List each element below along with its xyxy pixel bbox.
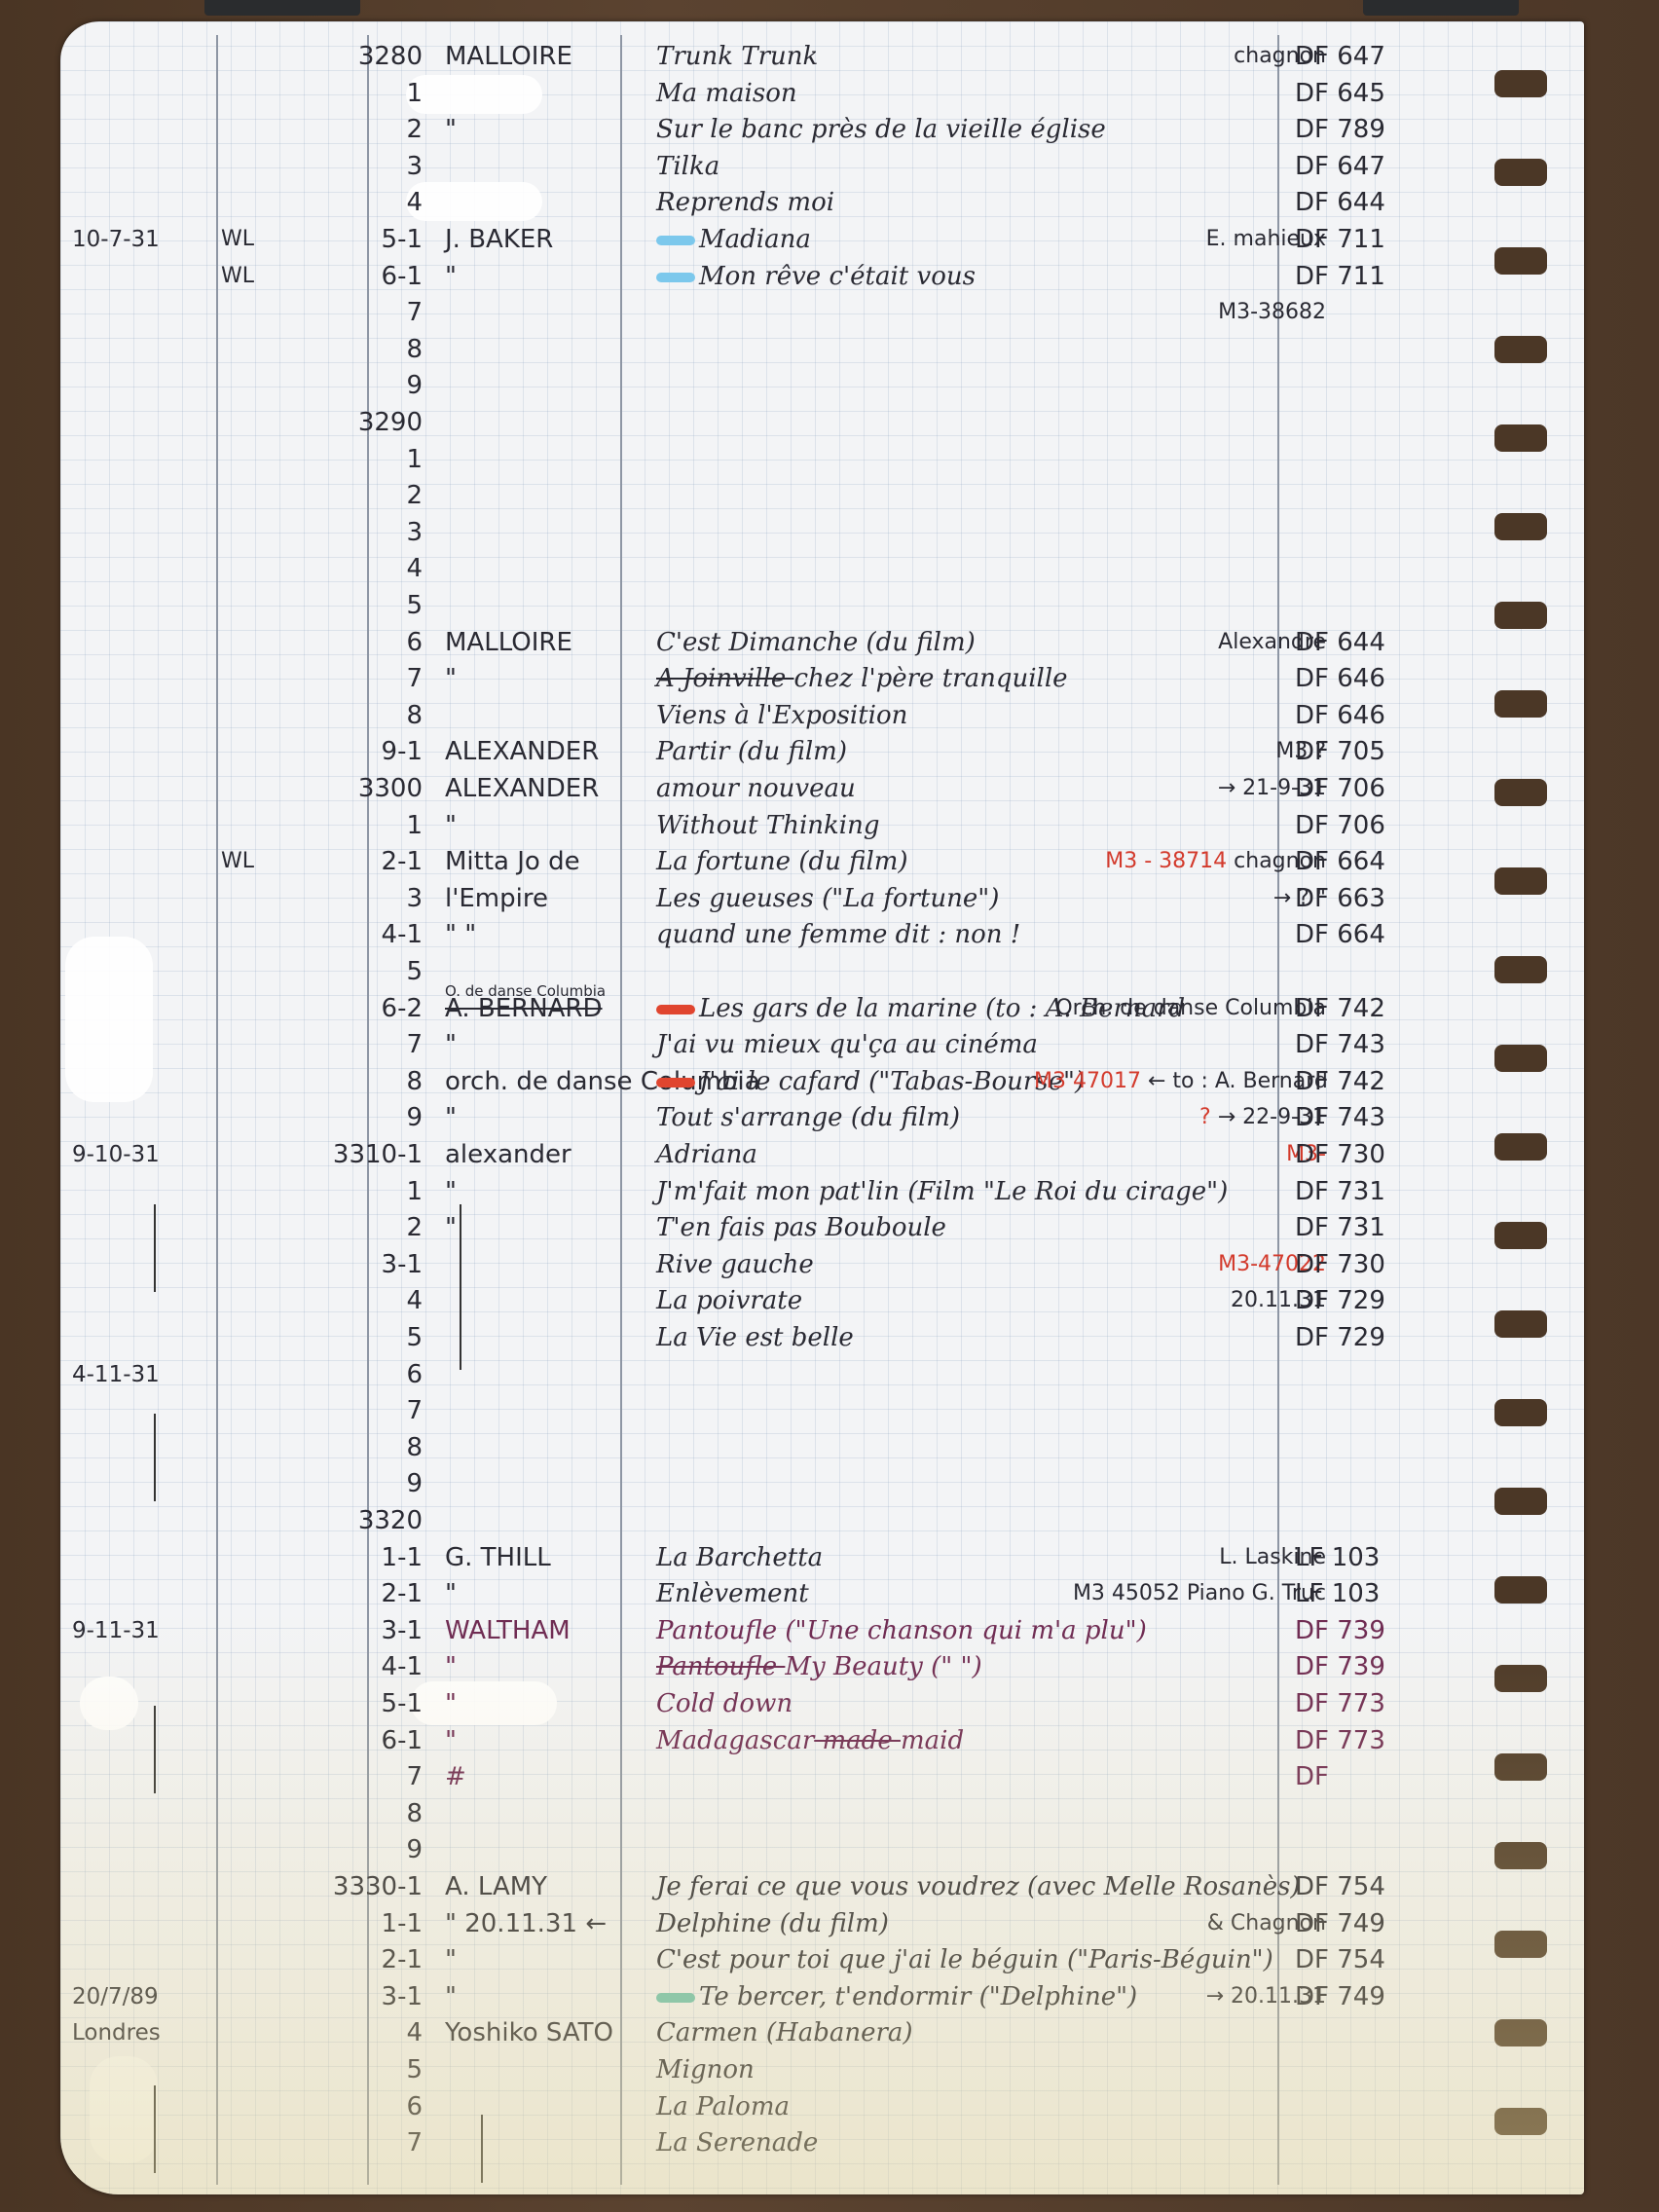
matrix-number-cell: 2-1 xyxy=(236,844,423,879)
matrix-number-cell: 3310-1 xyxy=(236,1137,423,1172)
matrix-number-cell: 8 xyxy=(236,1430,423,1465)
matrix-number-cell: 9 xyxy=(236,1832,423,1867)
title-cell: Viens à l'Exposition xyxy=(656,698,1270,733)
ledger-row: 8 xyxy=(60,1796,1584,1831)
matrix-number-cell: 6-1 xyxy=(236,1723,423,1758)
catalog-number-cell: DF 711 xyxy=(1295,222,1490,257)
ledger-row: 1 " Without Thinking DF 706 xyxy=(60,808,1584,843)
ledger-row: Londres 4 Yoshiko SATO Carmen (Habanera) xyxy=(60,2015,1584,2050)
note-cell: chagnon xyxy=(1034,39,1326,74)
note-cell: E. mahieux xyxy=(1034,222,1326,257)
note-cell: → 20.11.31 xyxy=(1034,1979,1326,2014)
ledger-row: 7 M3-38682 xyxy=(60,295,1584,330)
note-cell: M3-47022 xyxy=(1034,1247,1326,1282)
title-cell: La Paloma xyxy=(656,2089,1270,2124)
binding-hole xyxy=(1494,1753,1547,1781)
ledger-row: 2 " Sur le banc près de la vieille églis… xyxy=(60,112,1584,147)
catalog-number-cell: DF 749 xyxy=(1295,1906,1490,1941)
catalog-number-cell: DF 663 xyxy=(1295,881,1490,916)
title-cell: Ma maison xyxy=(656,76,1270,111)
title-cell: J'm'fait mon pat'lin (Film "Le Roi du ci… xyxy=(656,1174,1270,1209)
binding-hole xyxy=(1494,1310,1547,1338)
matrix-number-cell: 2 xyxy=(236,478,423,513)
binding-hole xyxy=(1494,1842,1547,1869)
catalog-number-cell: DF 730 xyxy=(1295,1247,1490,1282)
matrix-number-cell: 4 xyxy=(236,1283,423,1318)
matrix-number-cell: 8 xyxy=(236,698,423,733)
ledger-row: 8 xyxy=(60,1430,1584,1465)
matrix-number-cell: 9 xyxy=(236,1466,423,1501)
ledger-row: 6-1 " Madagascar made maid DF 773 xyxy=(60,1723,1584,1758)
note-cell: M3-38682 xyxy=(1034,295,1326,330)
matrix-number-cell: 2 xyxy=(236,112,423,147)
matrix-number-cell: 6 xyxy=(236,625,423,660)
matrix-number-cell: 3 xyxy=(236,881,423,916)
note-cell: → 21-9-31 xyxy=(1034,771,1326,806)
title-cell: Je ferai ce que vous voudrez (avec Melle… xyxy=(656,1869,1270,1904)
blue-highlight-marker xyxy=(656,273,695,282)
binding-hole xyxy=(1494,1222,1547,1249)
ledger-row: 2-1 " C'est pour toi que j'ai le béguin … xyxy=(60,1942,1584,1977)
catalog-number-cell: DF 749 xyxy=(1295,1979,1490,2014)
note-cell: 20.11.31 xyxy=(1034,1283,1326,1318)
matrix-number-cell: 5 xyxy=(236,954,423,989)
ledger-row: 2-1 " Enlèvement M3 45052 Piano G. Truc … xyxy=(60,1576,1584,1611)
matrix-number-cell: 4 xyxy=(236,2015,423,2050)
binding-hole xyxy=(1494,956,1547,983)
matrix-number-cell: 1 xyxy=(236,1174,423,1209)
binding-hole xyxy=(1494,602,1547,629)
matrix-number-cell: 1-1 xyxy=(236,1540,423,1575)
ledger-page: 3280 MALLOIRE Trunk Trunk chagnon DF 647… xyxy=(60,21,1584,2194)
catalog-number-cell: DF 664 xyxy=(1295,844,1490,879)
catalog-number-cell: DF 729 xyxy=(1295,1283,1490,1318)
binding-hole xyxy=(1494,690,1547,718)
matrix-number-cell: 1 xyxy=(236,76,423,111)
ledger-row: 8 xyxy=(60,332,1584,367)
ledger-row: 3280 MALLOIRE Trunk Trunk chagnon DF 647 xyxy=(60,39,1584,74)
ledger-row: 3 Tilka DF 647 xyxy=(60,149,1584,184)
ledger-row: 6 La Paloma xyxy=(60,2089,1584,2124)
catalog-number-cell: DF 743 xyxy=(1295,1100,1490,1135)
red-highlight-marker xyxy=(656,1005,695,1014)
matrix-number-cell: 3320 xyxy=(236,1503,423,1538)
ledger-row: 1 Ma maison DF 645 xyxy=(60,76,1584,111)
ledger-row: 5 xyxy=(60,954,1584,989)
matrix-number-cell: 1-1 xyxy=(236,1906,423,1941)
title-cell: quand une femme dit : non ! xyxy=(656,917,1270,952)
note-cell: Orch. de danse Columbia xyxy=(1034,991,1326,1026)
artist-cell: # xyxy=(445,1759,766,1794)
ledger-row: 9 " Tout s'arrange (du film) ? → 22-9-31… xyxy=(60,1100,1584,1135)
matrix-number-cell: 3-1 xyxy=(236,1247,423,1282)
ledger-row: 4-11-31 6 xyxy=(60,1357,1584,1392)
ledger-row: 1-1 " 20.11.31 ← Delphine (du film) & Ch… xyxy=(60,1906,1584,1941)
ledger-row: 5 Mignon xyxy=(60,2052,1584,2087)
title-cell: C'est pour toi que j'ai le béguin ("Pari… xyxy=(656,1942,1270,1977)
date-cell: Londres xyxy=(72,2015,218,2050)
ledger-row: 7 La Serenade xyxy=(60,2125,1584,2160)
matrix-number-cell: 3-1 xyxy=(236,1979,423,2014)
ledger-row: 5-1 " Cold down DF 773 xyxy=(60,1686,1584,1721)
note-cell: ? → 22-9-31 xyxy=(1034,1100,1326,1135)
ledger-row: 2 " T'en fais pas Bouboule DF 731 xyxy=(60,1210,1584,1245)
ledger-row: 7 xyxy=(60,1393,1584,1428)
matrix-number-cell: 1 xyxy=(236,808,423,843)
title-cell: Mignon xyxy=(656,2052,1270,2087)
catalog-number-cell: DF 731 xyxy=(1295,1174,1490,1209)
note-cell: M3 47017 ← to : A. Bernard xyxy=(1034,1064,1326,1099)
catalog-number-cell: DF 754 xyxy=(1295,1869,1490,1904)
note-cell: M3 45052 Piano G. Truc xyxy=(1034,1576,1326,1611)
binding-hole xyxy=(1494,159,1547,186)
note-cell: → ? " xyxy=(1034,881,1326,916)
title-cell: Without Thinking xyxy=(656,808,1270,843)
matrix-number-cell: 2-1 xyxy=(236,1576,423,1611)
binding-hole xyxy=(1494,1133,1547,1161)
catalog-number-cell: DF 706 xyxy=(1295,771,1490,806)
catalog-number-cell: DF 789 xyxy=(1295,112,1490,147)
ledger-row: 1 xyxy=(60,442,1584,477)
catalog-number-cell: DF 664 xyxy=(1295,917,1490,952)
ledger-row: 9 xyxy=(60,1466,1584,1501)
matrix-number-cell: 7 xyxy=(236,1759,423,1794)
ledger-row: 3320 xyxy=(60,1503,1584,1538)
blue-highlight-marker xyxy=(656,236,695,245)
ledger-row: 8 orch. de danse Columbia J'ai le cafard… xyxy=(60,1064,1584,1099)
catalog-number-cell: LF 103 xyxy=(1295,1576,1490,1611)
ledger-row: 3 l'Empire Les gueuses ("La fortune") → … xyxy=(60,881,1584,916)
catalog-number-cell: DF 773 xyxy=(1295,1686,1490,1721)
ledger-row: 4-1 " " quand une femme dit : non ! DF 6… xyxy=(60,917,1584,952)
ledger-row: 7 # DF xyxy=(60,1759,1584,1794)
binding-hole xyxy=(1494,247,1547,275)
ledger-row: 3-1 Rive gauche M3-47022 DF 730 xyxy=(60,1247,1584,1282)
catalog-number-cell: DF 729 xyxy=(1295,1320,1490,1355)
matrix-number-cell: 7 xyxy=(236,1393,423,1428)
ledger-row: 3300 ALEXANDER amour nouveau → 21-9-31 D… xyxy=(60,771,1584,806)
binding-hole xyxy=(1494,1665,1547,1692)
matrix-number-cell: 7 xyxy=(236,295,423,330)
binder-clip-left xyxy=(204,0,360,16)
matrix-number-cell: 6 xyxy=(236,2089,423,2124)
ledger-row: 5 La Vie est belle DF 729 xyxy=(60,1320,1584,1355)
matrix-number-cell: 3 xyxy=(236,515,423,550)
title-cell: T'en fais pas Bouboule xyxy=(656,1210,1270,1245)
title-cell: Mon rêve c'était vous xyxy=(656,259,1270,294)
ledger-row: 9 xyxy=(60,368,1584,403)
matrix-number-cell: 2 xyxy=(236,1210,423,1245)
matrix-number-cell: 4 xyxy=(236,185,423,220)
matrix-number-cell: 9 xyxy=(236,1100,423,1135)
spiral-binding-holes xyxy=(1494,70,1547,2175)
binding-hole xyxy=(1494,1931,1547,1958)
catalog-number-cell: DF 730 xyxy=(1295,1137,1490,1172)
ledger-row: 9-10-31 3310-1 alexander Adriana M3- DF … xyxy=(60,1137,1584,1172)
date-cell: 10-7-31 xyxy=(72,222,218,257)
matrix-number-cell: 5 xyxy=(236,588,423,623)
ledger-row: 7 " A Joinville chez l'père tranquille D… xyxy=(60,661,1584,696)
matrix-number-cell: 1 xyxy=(236,442,423,477)
matrix-number-cell: 3290 xyxy=(236,405,423,440)
ledger-row: 9-11-31 3-1 WALTHAM Pantoufle ("Une chan… xyxy=(60,1613,1584,1648)
binding-hole xyxy=(1494,513,1547,540)
ledger-row: 8 Viens à l'Exposition DF 646 xyxy=(60,698,1584,733)
matrix-number-cell: 7 xyxy=(236,1027,423,1062)
binding-hole xyxy=(1494,779,1547,806)
matrix-number-cell: 6-2 xyxy=(236,991,423,1026)
catalog-number-cell: DF 644 xyxy=(1295,185,1490,220)
binding-hole xyxy=(1494,1045,1547,1072)
catalog-number-cell: DF 773 xyxy=(1295,1723,1490,1758)
note-cell: & Chagnon xyxy=(1034,1906,1326,1941)
binding-hole xyxy=(1494,1576,1547,1604)
note-cell: L. Laskine xyxy=(1034,1540,1326,1575)
title-cell: Sur le banc près de la vieille église xyxy=(656,112,1270,147)
matrix-number-cell: 5 xyxy=(236,2052,423,2087)
matrix-number-cell: 7 xyxy=(236,661,423,696)
matrix-number-cell: 4 xyxy=(236,551,423,586)
date-cell: 9-10-31 xyxy=(72,1137,218,1172)
ledger-row: 6 MALLOIRE C'est Dimanche (du film) Alex… xyxy=(60,625,1584,660)
title-cell: Pantoufle ("Une chanson qui m'a plu") xyxy=(656,1613,1270,1648)
note-cell: M3 ? xyxy=(1034,734,1326,769)
binder-clip-right xyxy=(1363,0,1519,16)
date-cell: 9-11-31 xyxy=(72,1613,218,1648)
title-cell: Carmen (Habanera) xyxy=(656,2015,1270,2050)
matrix-number-cell: 9-1 xyxy=(236,734,423,769)
title-cell: Cold down xyxy=(656,1686,1270,1721)
catalog-number-cell: DF 711 xyxy=(1295,259,1490,294)
title-cell: J'ai vu mieux qu'ça au cinéma xyxy=(656,1027,1270,1062)
catalog-number-cell: DF 647 xyxy=(1295,149,1490,184)
ledger-row: 3330-1 A. LAMY Je ferai ce que vous voud… xyxy=(60,1869,1584,1904)
red-highlight-marker xyxy=(656,1078,695,1088)
catalog-number-cell: DF 742 xyxy=(1295,1064,1490,1099)
binding-hole xyxy=(1494,1488,1547,1515)
ledger-row: 7 " J'ai vu mieux qu'ça au cinéma DF 743 xyxy=(60,1027,1584,1062)
catalog-number-cell: DF 742 xyxy=(1295,991,1490,1026)
teal-highlight-marker xyxy=(656,1993,695,2003)
note-cell: M3- xyxy=(1034,1137,1326,1172)
catalog-number-cell: DF 705 xyxy=(1295,734,1490,769)
matrix-number-cell: 3280 xyxy=(236,39,423,74)
title-cell: La Serenade xyxy=(656,2125,1270,2160)
ledger-row: 4 xyxy=(60,551,1584,586)
title-cell: A Joinville chez l'père tranquille xyxy=(656,661,1270,696)
catalog-number-cell: DF 743 xyxy=(1295,1027,1490,1062)
catalog-number-cell: LF 103 xyxy=(1295,1540,1490,1575)
title-cell: La Vie est belle xyxy=(656,1320,1270,1355)
ledger-row: 1 " J'm'fait mon pat'lin (Film "Le Roi d… xyxy=(60,1174,1584,1209)
ledger-row: 4-1 " Pantoufle My Beauty (" ") DF 739 xyxy=(60,1649,1584,1684)
binding-hole xyxy=(1494,336,1547,363)
matrix-number-cell: 5-1 xyxy=(236,1686,423,1721)
matrix-number-cell: 6 xyxy=(236,1357,423,1392)
ledger-row: 1-1 G. THILL La Barchetta L. Laskine LF … xyxy=(60,1540,1584,1575)
matrix-number-cell: 8 xyxy=(236,1064,423,1099)
date-cell: 4-11-31 xyxy=(72,1357,218,1392)
binding-hole xyxy=(1494,867,1547,895)
matrix-number-cell: 2-1 xyxy=(236,1942,423,1977)
matrix-number-cell: 4-1 xyxy=(236,1649,423,1684)
ledger-row: 9-1 ALEXANDER Partir (du film) M3 ? DF 7… xyxy=(60,734,1584,769)
note-cell: M3 - 38714 chagnon xyxy=(1034,844,1326,879)
ledger-row: 5 xyxy=(60,588,1584,623)
ledger-row: 4 La poivrate 20.11.31 DF 729 xyxy=(60,1283,1584,1318)
title-cell: Pantoufle My Beauty (" ") xyxy=(656,1649,1270,1684)
title-cell: Madagascar made maid xyxy=(656,1723,1270,1758)
matrix-number-cell: 8 xyxy=(236,332,423,367)
ledger-row: 10-7-31 WL 5-1 J. BAKER Madiana E. mahie… xyxy=(60,222,1584,257)
catalog-number-cell: DF 731 xyxy=(1295,1210,1490,1245)
catalog-number-cell: DF 739 xyxy=(1295,1649,1490,1684)
catalog-number-cell: DF 646 xyxy=(1295,661,1490,696)
title-cell: Tilka xyxy=(656,149,1270,184)
binding-hole xyxy=(1494,1399,1547,1426)
catalog-number-cell: DF 739 xyxy=(1295,1613,1490,1648)
note-cell: Alexandre xyxy=(1034,625,1326,660)
ledger-row: 3 xyxy=(60,515,1584,550)
catalog-number-cell: DF 754 xyxy=(1295,1942,1490,1977)
matrix-number-cell: 3300 xyxy=(236,771,423,806)
catalog-number-cell: DF 706 xyxy=(1295,808,1490,843)
ledger-row: WL 2-1 Mitta Jo de La fortune (du film) … xyxy=(60,844,1584,879)
binding-hole xyxy=(1494,70,1547,97)
catalog-number-cell: DF 644 xyxy=(1295,625,1490,660)
ledger-row: 20/7/89 3-1 " Te bercer, t'endormir ("De… xyxy=(60,1979,1584,2014)
matrix-number-cell: 8 xyxy=(236,1796,423,1831)
ledger-row: 4 Reprends moi DF 644 xyxy=(60,185,1584,220)
matrix-number-cell: 3 xyxy=(236,149,423,184)
catalog-number-cell: DF 646 xyxy=(1295,698,1490,733)
catalog-number-cell: DF 645 xyxy=(1295,76,1490,111)
ledger-row: 2 xyxy=(60,478,1584,513)
catalog-number-cell: DF 647 xyxy=(1295,39,1490,74)
matrix-number-cell: 3330-1 xyxy=(236,1869,423,1904)
ledger-row: 6-2 A. BERNARDO. de danse Columbia Les g… xyxy=(60,991,1584,1026)
ledger-row: WL 6-1 " Mon rêve c'était vous DF 711 xyxy=(60,259,1584,294)
title-cell: Reprends moi xyxy=(656,185,1270,220)
matrix-number-cell: 3-1 xyxy=(236,1613,423,1648)
binding-hole xyxy=(1494,2108,1547,2135)
binding-hole xyxy=(1494,2019,1547,2046)
matrix-number-cell: 4-1 xyxy=(236,917,423,952)
catalog-number-cell: DF xyxy=(1295,1759,1490,1794)
ledger-row: 9 xyxy=(60,1832,1584,1867)
binding-hole xyxy=(1494,424,1547,452)
matrix-number-cell: 5 xyxy=(236,1320,423,1355)
ledger-row: 3290 xyxy=(60,405,1584,440)
matrix-number-cell: 6-1 xyxy=(236,259,423,294)
matrix-number-cell: 7 xyxy=(236,2125,423,2160)
date-cell: 20/7/89 xyxy=(72,1979,218,2014)
matrix-number-cell: 5-1 xyxy=(236,222,423,257)
matrix-number-cell: 9 xyxy=(236,368,423,403)
